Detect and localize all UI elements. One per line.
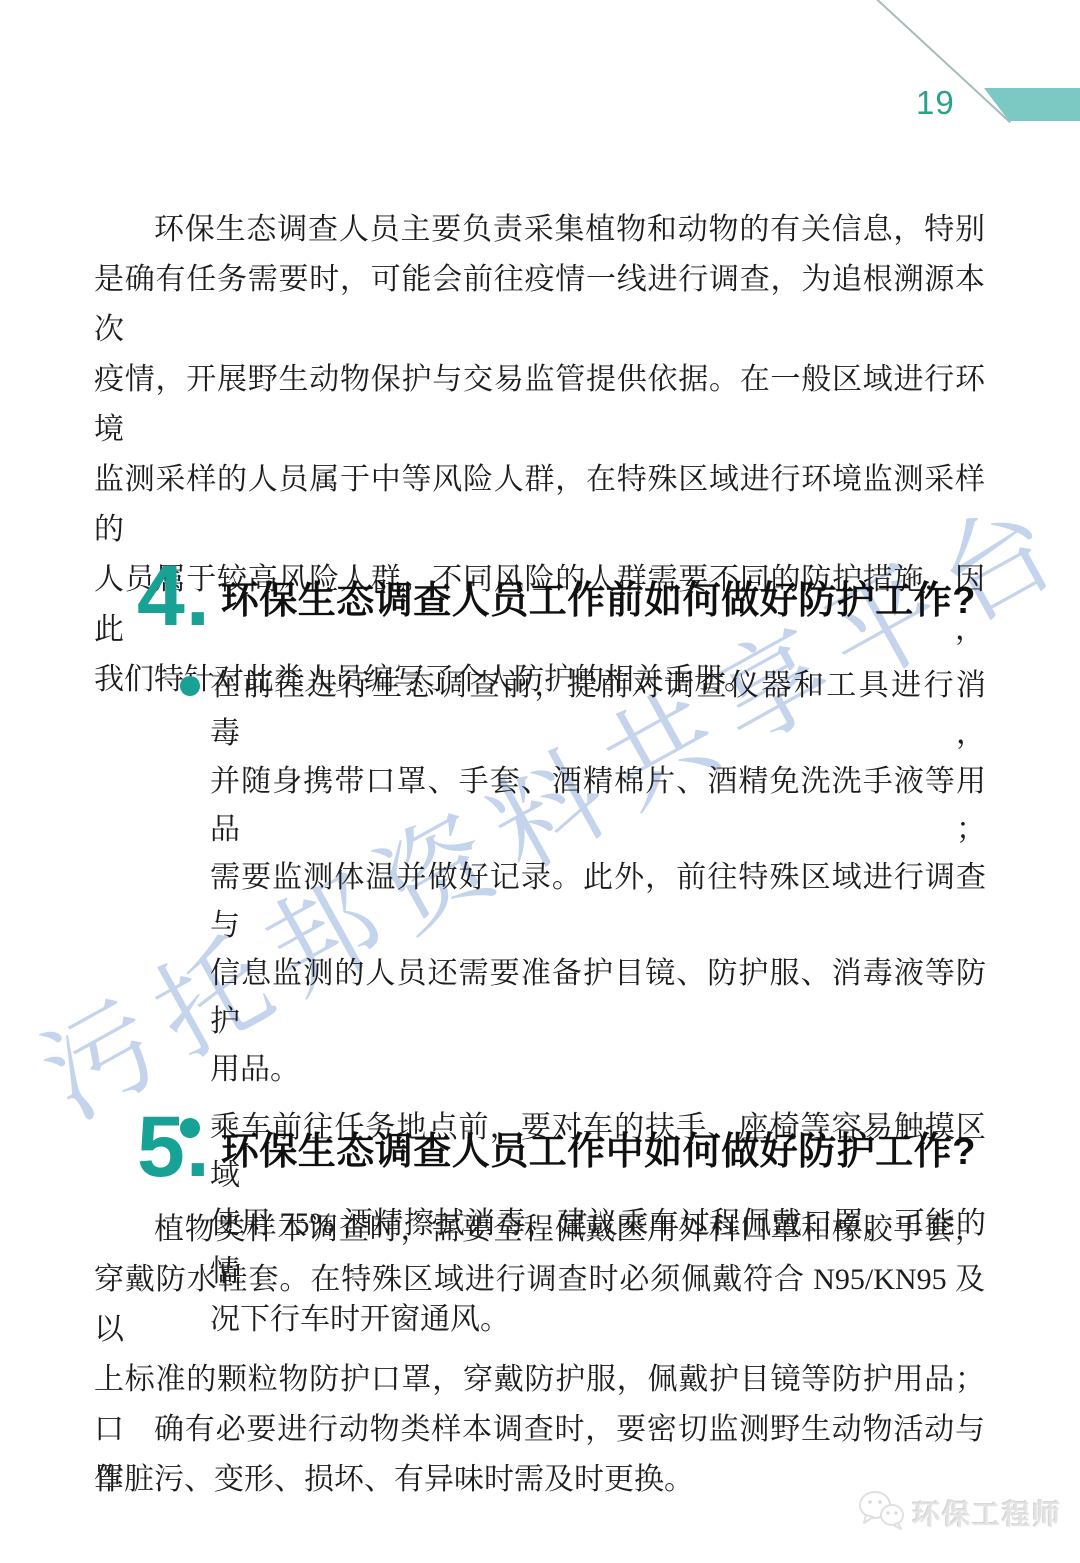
section-4-title: 环保生态调查人员工作前如何做好防护工作? (221, 569, 976, 624)
text-line: 疫情，开展野生动物保护与交易监管提供依据。在一般区域进行环境 (94, 355, 985, 455)
section-4-heading: 4. 环保生态调查人员工作前如何做好防护工作? (137, 552, 976, 640)
text-line: 植物类样本调查时，需要全程佩戴医用外科口罩和橡胶手套， (94, 1205, 985, 1255)
section-5-title: 环保生态调查人员工作中如何做好防护工作? (221, 1120, 976, 1175)
section-5-paragraph-2: 确有必要进行动物类样本调查时，要密切监测野生动物活动与作 (94, 1405, 985, 1505)
section-4-number: 4. (137, 552, 211, 640)
bullet-text: 在前往进行生态调查前，提前对调查仪器和工具进行消毒， 并随身携带口罩、手套、酒精… (210, 662, 986, 1094)
section-5-number: 5. (137, 1103, 211, 1191)
text-line: 穿戴防水鞋套。在特殊区域进行调查时必须佩戴符合 N95/KN95 及以 (94, 1255, 985, 1355)
corner-teal-band (984, 88, 1080, 121)
footer-brand-text: 环保工程师 (912, 1493, 1062, 1533)
text-line: 监测采样的人员属于中等风险人群，在特殊区域进行环境监测采样的 (94, 455, 985, 555)
text-line: 是确有任务需要时，可能会前往疫情一线进行调查，为追根溯源本次 (94, 255, 985, 355)
bullet-dot-icon (180, 676, 200, 696)
text-line: 信息监测的人员还需要准备护目镜、防护服、消毒液等防护 (210, 950, 986, 1046)
text-line: 需要监测体温并做好记录。此外，前往特殊区域进行调查与 (210, 854, 986, 950)
list-item: 在前往进行生态调查前，提前对调查仪器和工具进行消毒， 并随身携带口罩、手套、酒精… (180, 662, 986, 1094)
text-line: 在前往进行生态调查前，提前对调查仪器和工具进行消毒， (210, 662, 986, 758)
wechat-icon (856, 1488, 906, 1537)
text-line: 确有必要进行动物类样本调查时，要密切监测野生动物活动与作 (94, 1405, 985, 1505)
footer-brand: 环保工程师 (856, 1488, 1062, 1537)
text-line: 并随身携带口罩、手套、酒精棉片、酒精免洗洗手液等用品； (210, 758, 986, 854)
section-5-heading: 5. 环保生态调查人员工作中如何做好防护工作? (137, 1103, 976, 1191)
page-number: 19 (916, 84, 955, 122)
text-line: 环保生态调查人员主要负责采集植物和动物的有关信息，特别 (94, 205, 985, 255)
text-line: 用品。 (210, 1046, 986, 1094)
